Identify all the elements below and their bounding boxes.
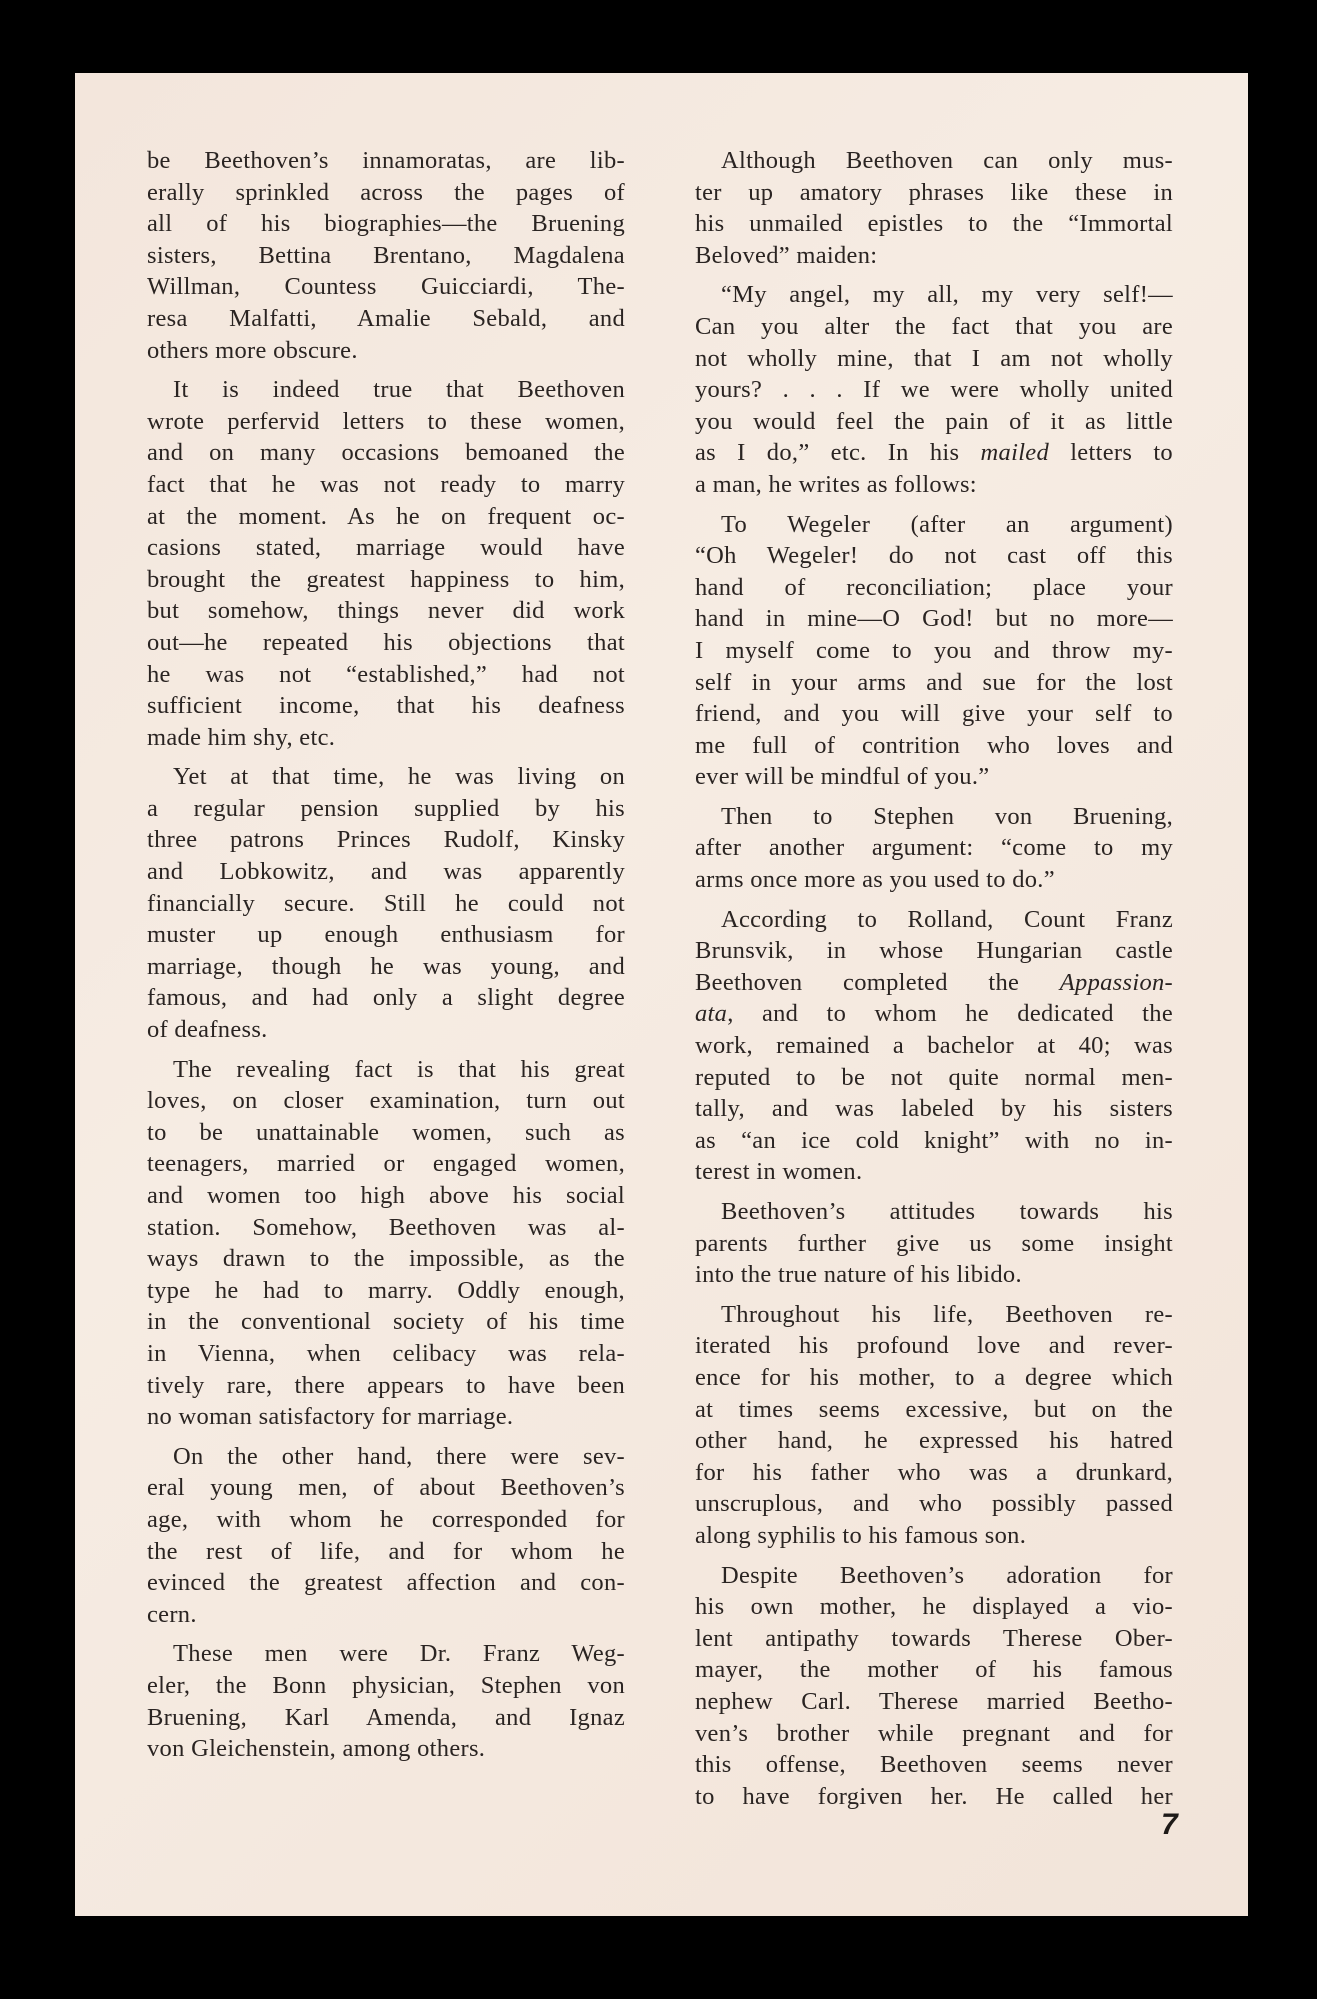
paragraph: Then to Stephen von Bruening,after anoth… bbox=[695, 801, 1173, 896]
text-line: to have forgiven her. He called her bbox=[695, 1781, 1173, 1813]
text-line: hand of reconciliation; place your bbox=[695, 572, 1173, 604]
text-line: Although Beethoven can only mus- bbox=[695, 145, 1173, 177]
paragraph: be Beethoven’s innamoratas, are lib-eral… bbox=[147, 145, 625, 366]
text-line: as “an ice cold knight” with no in- bbox=[695, 1125, 1173, 1157]
text-line: Willman, Countess Guicciardi, The- bbox=[147, 271, 625, 303]
paragraph: The revealing fact is that his greatlove… bbox=[147, 1054, 625, 1433]
paragraph: It is indeed true that Beethovenwrote pe… bbox=[147, 374, 625, 753]
text-line: unscruplous, and who possibly passed bbox=[695, 1488, 1173, 1520]
text-line: a man, he writes as follows: bbox=[695, 469, 1173, 501]
text-line: I myself come to you and throw my- bbox=[695, 635, 1173, 667]
text-line: resa Malfatti, Amalie Sebald, and bbox=[147, 303, 625, 335]
text-line: as I do,” etc. In his mailed letters to bbox=[695, 437, 1173, 469]
text-line: but somehow, things never did work bbox=[147, 595, 625, 627]
text-line: and women too high above his social bbox=[147, 1180, 625, 1212]
text-line: at times seems excessive, but on the bbox=[695, 1394, 1173, 1426]
text-line: along syphilis to his famous son. bbox=[695, 1520, 1173, 1552]
text-line: others more obscure. bbox=[147, 335, 625, 367]
text-line: teenagers, married or engaged women, bbox=[147, 1148, 625, 1180]
text-line: “Oh Wegeler! do not cast off this bbox=[695, 540, 1173, 572]
text-line: muster up enough enthusiasm for bbox=[147, 919, 625, 951]
text-line: “My angel, my all, my very self!— bbox=[695, 279, 1173, 311]
text-line: reputed to be not quite normal men- bbox=[695, 1062, 1173, 1094]
text-line: Brunsvik, in whose Hungarian castle bbox=[695, 935, 1173, 967]
text-line: brought the greatest happiness to him, bbox=[147, 564, 625, 596]
text-line: ven’s brother while pregnant and for bbox=[695, 1718, 1173, 1750]
text-line: eral young men, of about Beethoven’s bbox=[147, 1472, 625, 1504]
text-line: all of his biographies—the Bruening bbox=[147, 208, 625, 240]
text-line: and Lobkowitz, and was apparently bbox=[147, 856, 625, 888]
text-line: terest in women. bbox=[695, 1156, 1173, 1188]
paragraph: Despite Beethoven’s adoration forhis own… bbox=[695, 1560, 1173, 1813]
text-line: nephew Carl. Therese married Beetho- bbox=[695, 1686, 1173, 1718]
text-line: to be unattainable women, such as bbox=[147, 1117, 625, 1149]
text-line: friend, and you will give your self to bbox=[695, 698, 1173, 730]
text-line: a regular pension supplied by his bbox=[147, 793, 625, 825]
text-line: his own mother, he displayed a vio- bbox=[695, 1591, 1173, 1623]
text-line: cern. bbox=[147, 1599, 625, 1631]
text-line: yours? . . . If we were wholly united bbox=[695, 374, 1173, 406]
paragraph: On the other hand, there were sev-eral y… bbox=[147, 1441, 625, 1631]
text-line: not wholly mine, that I am not wholly bbox=[695, 343, 1173, 375]
text-line: you would feel the pain of it as little bbox=[695, 406, 1173, 438]
text-line: Bruening, Karl Amenda, and Ignaz bbox=[147, 1702, 625, 1734]
right-column: Although Beethoven can only mus-ter up a… bbox=[695, 145, 1173, 1820]
text-line: Can you alter the fact that you are bbox=[695, 311, 1173, 343]
text-line: ata, and to whom he dedicated the bbox=[695, 998, 1173, 1030]
paragraph: Beethoven’s attitudes towards hisparents… bbox=[695, 1196, 1173, 1291]
text-line: The revealing fact is that his great bbox=[147, 1054, 625, 1086]
text-line: loves, on closer examination, turn out bbox=[147, 1085, 625, 1117]
text-line: ence for his mother, to a degree which bbox=[695, 1362, 1173, 1394]
text-line: lent antipathy towards Therese Ober- bbox=[695, 1623, 1173, 1655]
text-line: mayer, the mother of his famous bbox=[695, 1654, 1173, 1686]
text-line: erally sprinkled across the pages of bbox=[147, 177, 625, 209]
text-line: sufficient income, that his deafness bbox=[147, 690, 625, 722]
text-line: Beethoven’s attitudes towards his bbox=[695, 1196, 1173, 1228]
text-line: work, remained a bachelor at 40; was bbox=[695, 1030, 1173, 1062]
text-line: in Vienna, when celibacy was rela- bbox=[147, 1338, 625, 1370]
text-line: for his father who was a drunkard, bbox=[695, 1457, 1173, 1489]
left-column: be Beethoven’s innamoratas, are lib-eral… bbox=[147, 145, 625, 1773]
paragraph: “My angel, my all, my very self!—Can you… bbox=[695, 279, 1173, 500]
text-line: parents further give us some insight bbox=[695, 1228, 1173, 1260]
text-line: into the true nature of his libido. bbox=[695, 1259, 1173, 1291]
text-line: To Wegeler (after an argument) bbox=[695, 509, 1173, 541]
text-line: me full of contrition who loves and bbox=[695, 730, 1173, 762]
text-line: type he had to marry. Oddly enough, bbox=[147, 1275, 625, 1307]
text-line: of deafness. bbox=[147, 1014, 625, 1046]
text-line: Yet at that time, he was living on bbox=[147, 761, 625, 793]
text-line: station. Somehow, Beethoven was al- bbox=[147, 1212, 625, 1244]
text-line: the rest of life, and for whom he bbox=[147, 1536, 625, 1568]
text-line: wrote perfervid letters to these women, bbox=[147, 406, 625, 438]
paragraph: Yet at that time, he was living ona regu… bbox=[147, 761, 625, 1045]
text-line: tively rare, there appears to have been bbox=[147, 1370, 625, 1402]
text-line: Then to Stephen von Bruening, bbox=[695, 801, 1173, 833]
text-line: and on many occasions bemoaned the bbox=[147, 437, 625, 469]
text-line: iterated his profound love and rever- bbox=[695, 1330, 1173, 1362]
paragraph: According to Rolland, Count FranzBrunsvi… bbox=[695, 904, 1173, 1188]
text-line: Despite Beethoven’s adoration for bbox=[695, 1560, 1173, 1592]
text-line: he was not “established,” had not bbox=[147, 659, 625, 691]
text-line: this offense, Beethoven seems never bbox=[695, 1749, 1173, 1781]
text-line: in the conventional society of his time bbox=[147, 1306, 625, 1338]
text-line: made him shy, etc. bbox=[147, 722, 625, 754]
text-line: be Beethoven’s innamoratas, are lib- bbox=[147, 145, 625, 177]
paragraph: Although Beethoven can only mus-ter up a… bbox=[695, 145, 1173, 271]
paragraph: To Wegeler (after an argument)“Oh Wegele… bbox=[695, 509, 1173, 793]
text-line: ways drawn to the impossible, as the bbox=[147, 1243, 625, 1275]
text-line: financially secure. Still he could not bbox=[147, 888, 625, 920]
text-line: Beethoven completed the Appassion- bbox=[695, 967, 1173, 999]
text-line: eler, the Bonn physician, Stephen von bbox=[147, 1670, 625, 1702]
text-line: age, with whom he corresponded for bbox=[147, 1504, 625, 1536]
text-line: von Gleichenstein, among others. bbox=[147, 1733, 625, 1765]
page-number: 7 bbox=[1161, 1808, 1178, 1842]
paragraph: These men were Dr. Franz Weg-eler, the B… bbox=[147, 1638, 625, 1764]
text-line: no woman satisfactory for marriage. bbox=[147, 1401, 625, 1433]
text-line: after another argument: “come to my bbox=[695, 832, 1173, 864]
text-line: It is indeed true that Beethoven bbox=[147, 374, 625, 406]
paragraph: Throughout his life, Beethoven re-iterat… bbox=[695, 1299, 1173, 1552]
book-page: be Beethoven’s innamoratas, are lib-eral… bbox=[75, 73, 1248, 1916]
text-line: fact that he was not ready to marry bbox=[147, 469, 625, 501]
text-line: hand in mine—O God! but no more— bbox=[695, 603, 1173, 635]
text-line: self in your arms and sue for the lost bbox=[695, 667, 1173, 699]
text-line: tally, and was labeled by his sisters bbox=[695, 1093, 1173, 1125]
text-line: These men were Dr. Franz Weg- bbox=[147, 1638, 625, 1670]
text-line: his unmailed epistles to the “Immortal bbox=[695, 208, 1173, 240]
text-line: Beloved” maiden: bbox=[695, 240, 1173, 272]
text-line: at the moment. As he on frequent oc- bbox=[147, 501, 625, 533]
text-line: famous, and had only a slight degree bbox=[147, 982, 625, 1014]
text-line: ter up amatory phrases like these in bbox=[695, 177, 1173, 209]
text-line: According to Rolland, Count Franz bbox=[695, 904, 1173, 936]
text-line: evinced the greatest affection and con- bbox=[147, 1567, 625, 1599]
text-line: ever will be mindful of you.” bbox=[695, 761, 1173, 793]
text-line: casions stated, marriage would have bbox=[147, 532, 625, 564]
text-line: arms once more as you used to do.” bbox=[695, 864, 1173, 896]
text-line: On the other hand, there were sev- bbox=[147, 1441, 625, 1473]
text-line: sisters, Bettina Brentano, Magdalena bbox=[147, 240, 625, 272]
text-line: marriage, though he was young, and bbox=[147, 951, 625, 983]
text-line: three patrons Princes Rudolf, Kinsky bbox=[147, 824, 625, 856]
text-line: other hand, he expressed his hatred bbox=[695, 1425, 1173, 1457]
text-line: Throughout his life, Beethoven re- bbox=[695, 1299, 1173, 1331]
text-line: out—he repeated his objections that bbox=[147, 627, 625, 659]
